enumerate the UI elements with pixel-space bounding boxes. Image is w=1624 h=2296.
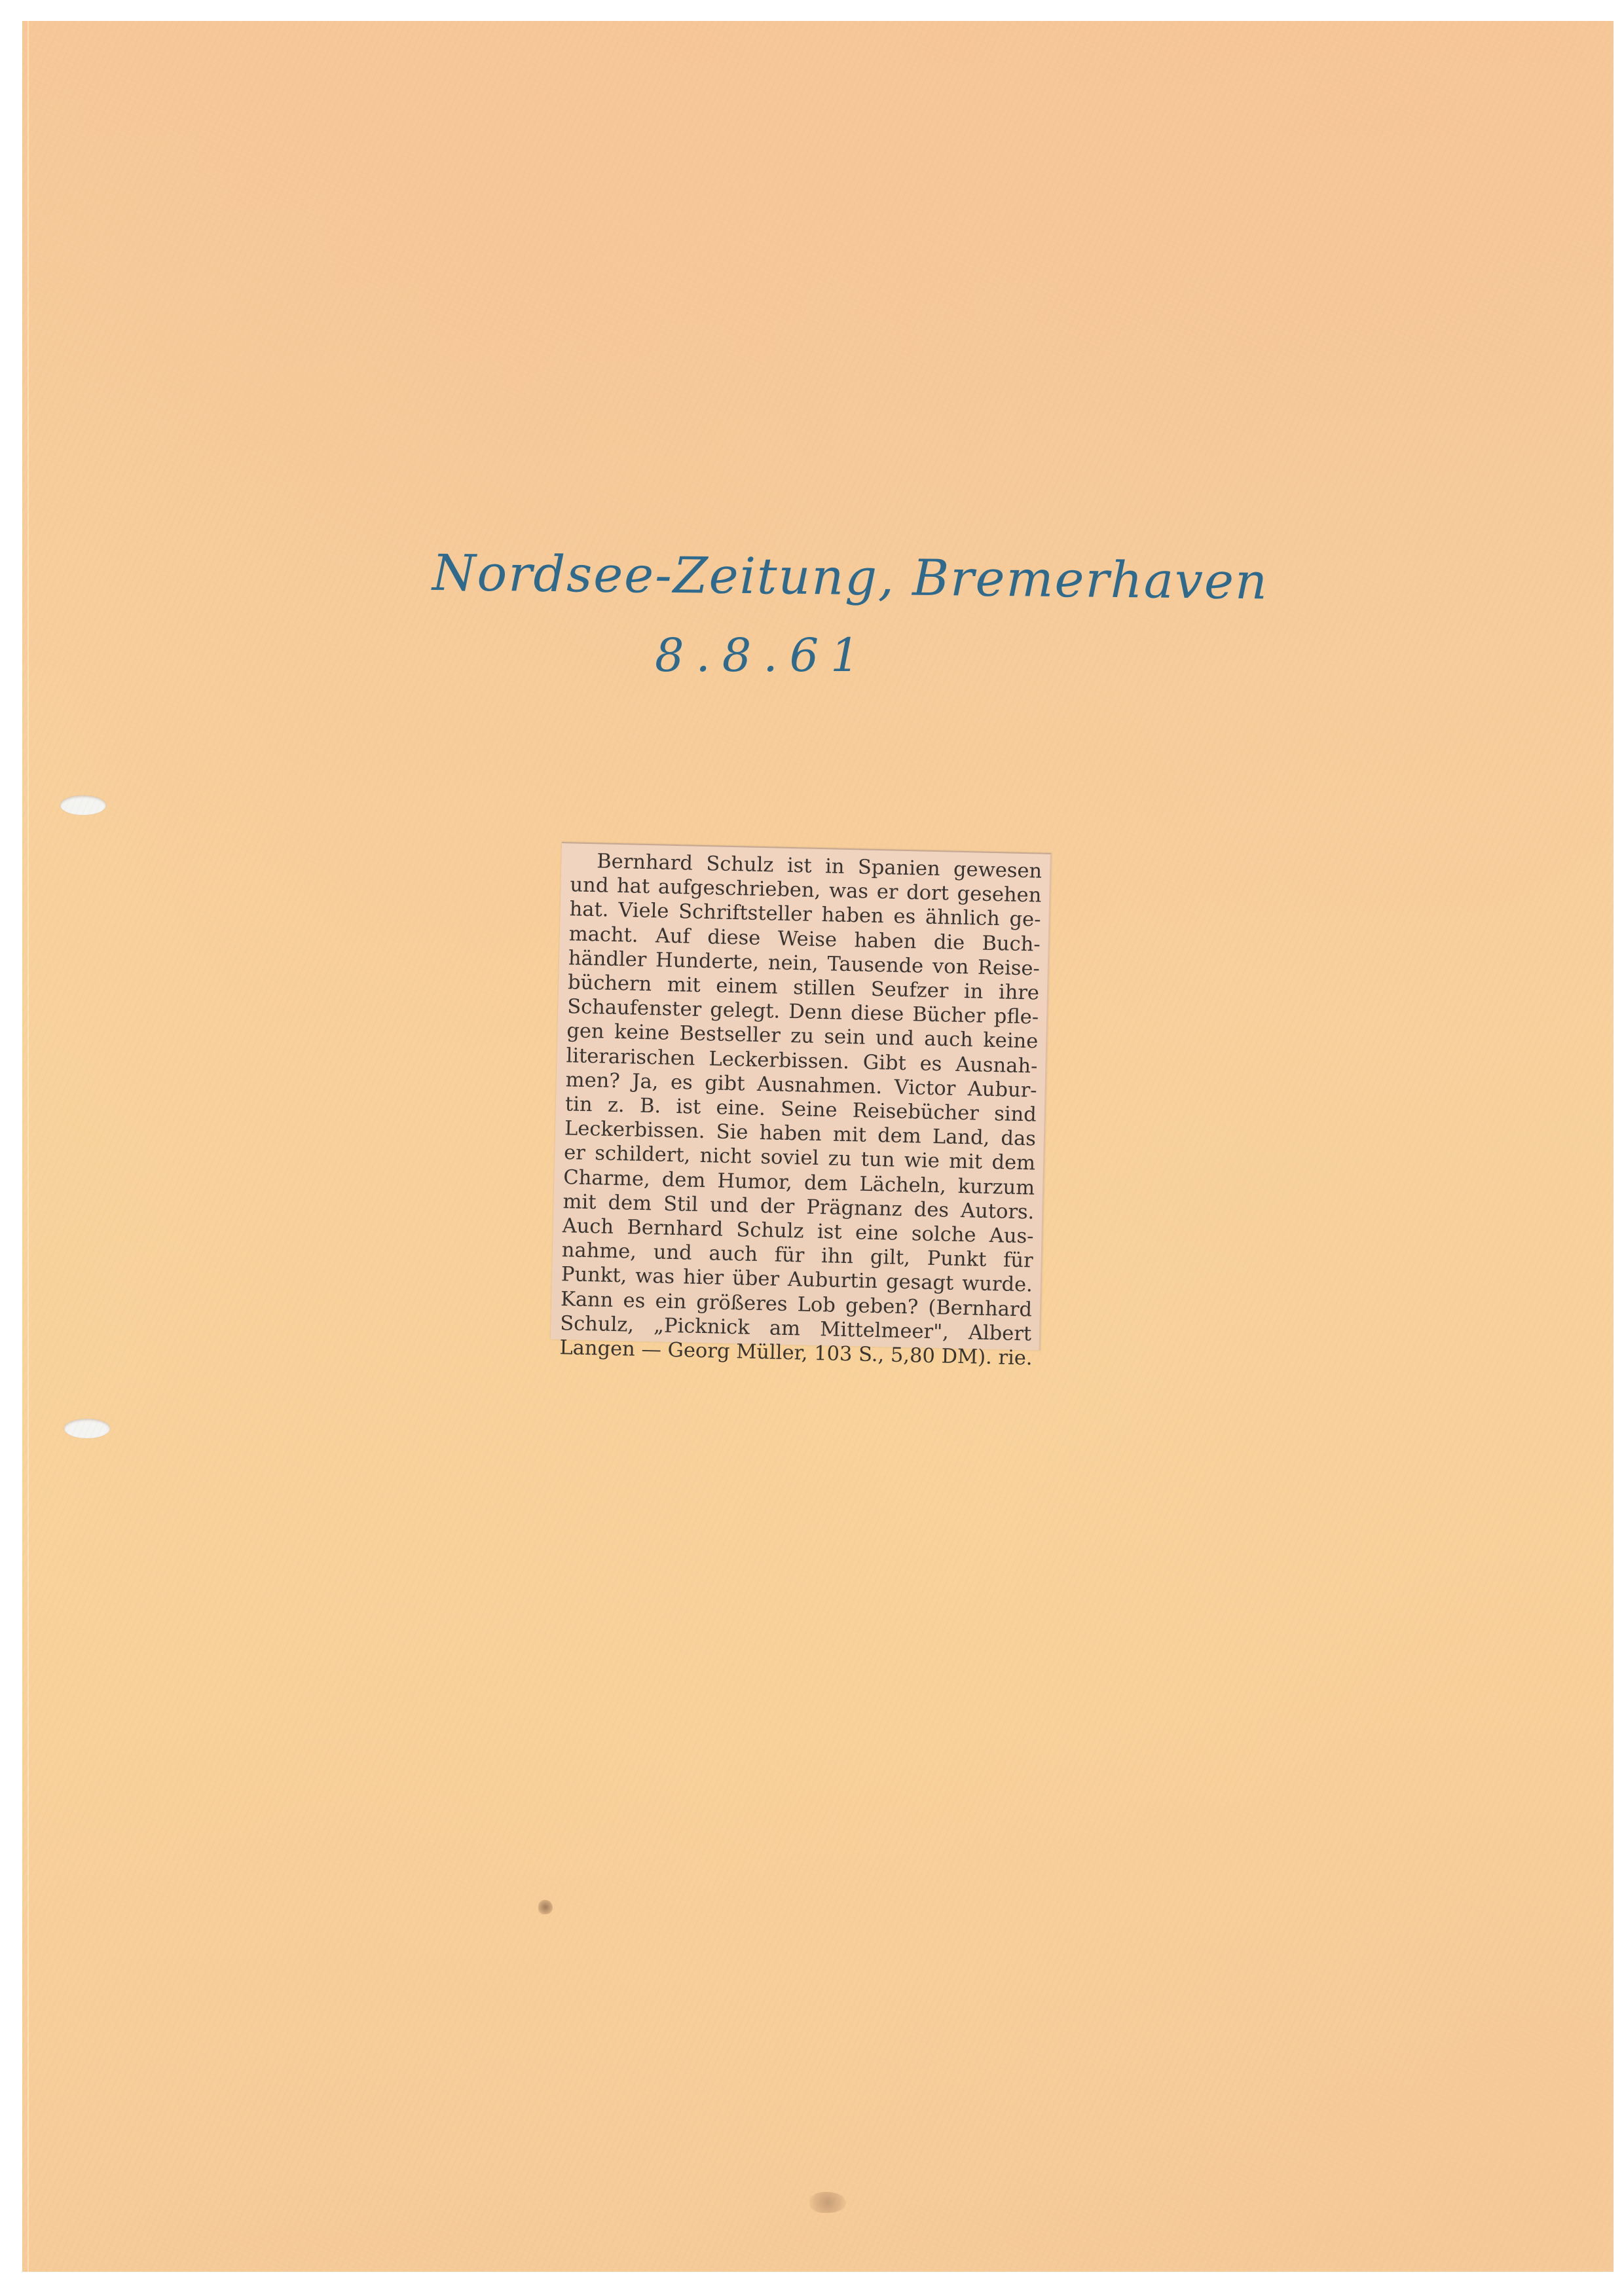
punch-hole-top xyxy=(60,795,106,815)
newspaper-clipping: Bernhard Schulz ist in Spanien gewesenun… xyxy=(551,842,1052,1351)
handwritten-source-note: Nordsee-Zeitung, Bremerhaven xyxy=(432,543,1269,610)
paper-stain-mark xyxy=(809,2192,846,2213)
clipping-article-text: Bernhard Schulz ist in Spanien gewesenun… xyxy=(559,848,1043,1370)
paper-stain-spot xyxy=(538,1900,553,1914)
punch-hole-bottom xyxy=(64,1419,110,1438)
handwritten-date-note: 8.8.61 xyxy=(655,629,872,682)
